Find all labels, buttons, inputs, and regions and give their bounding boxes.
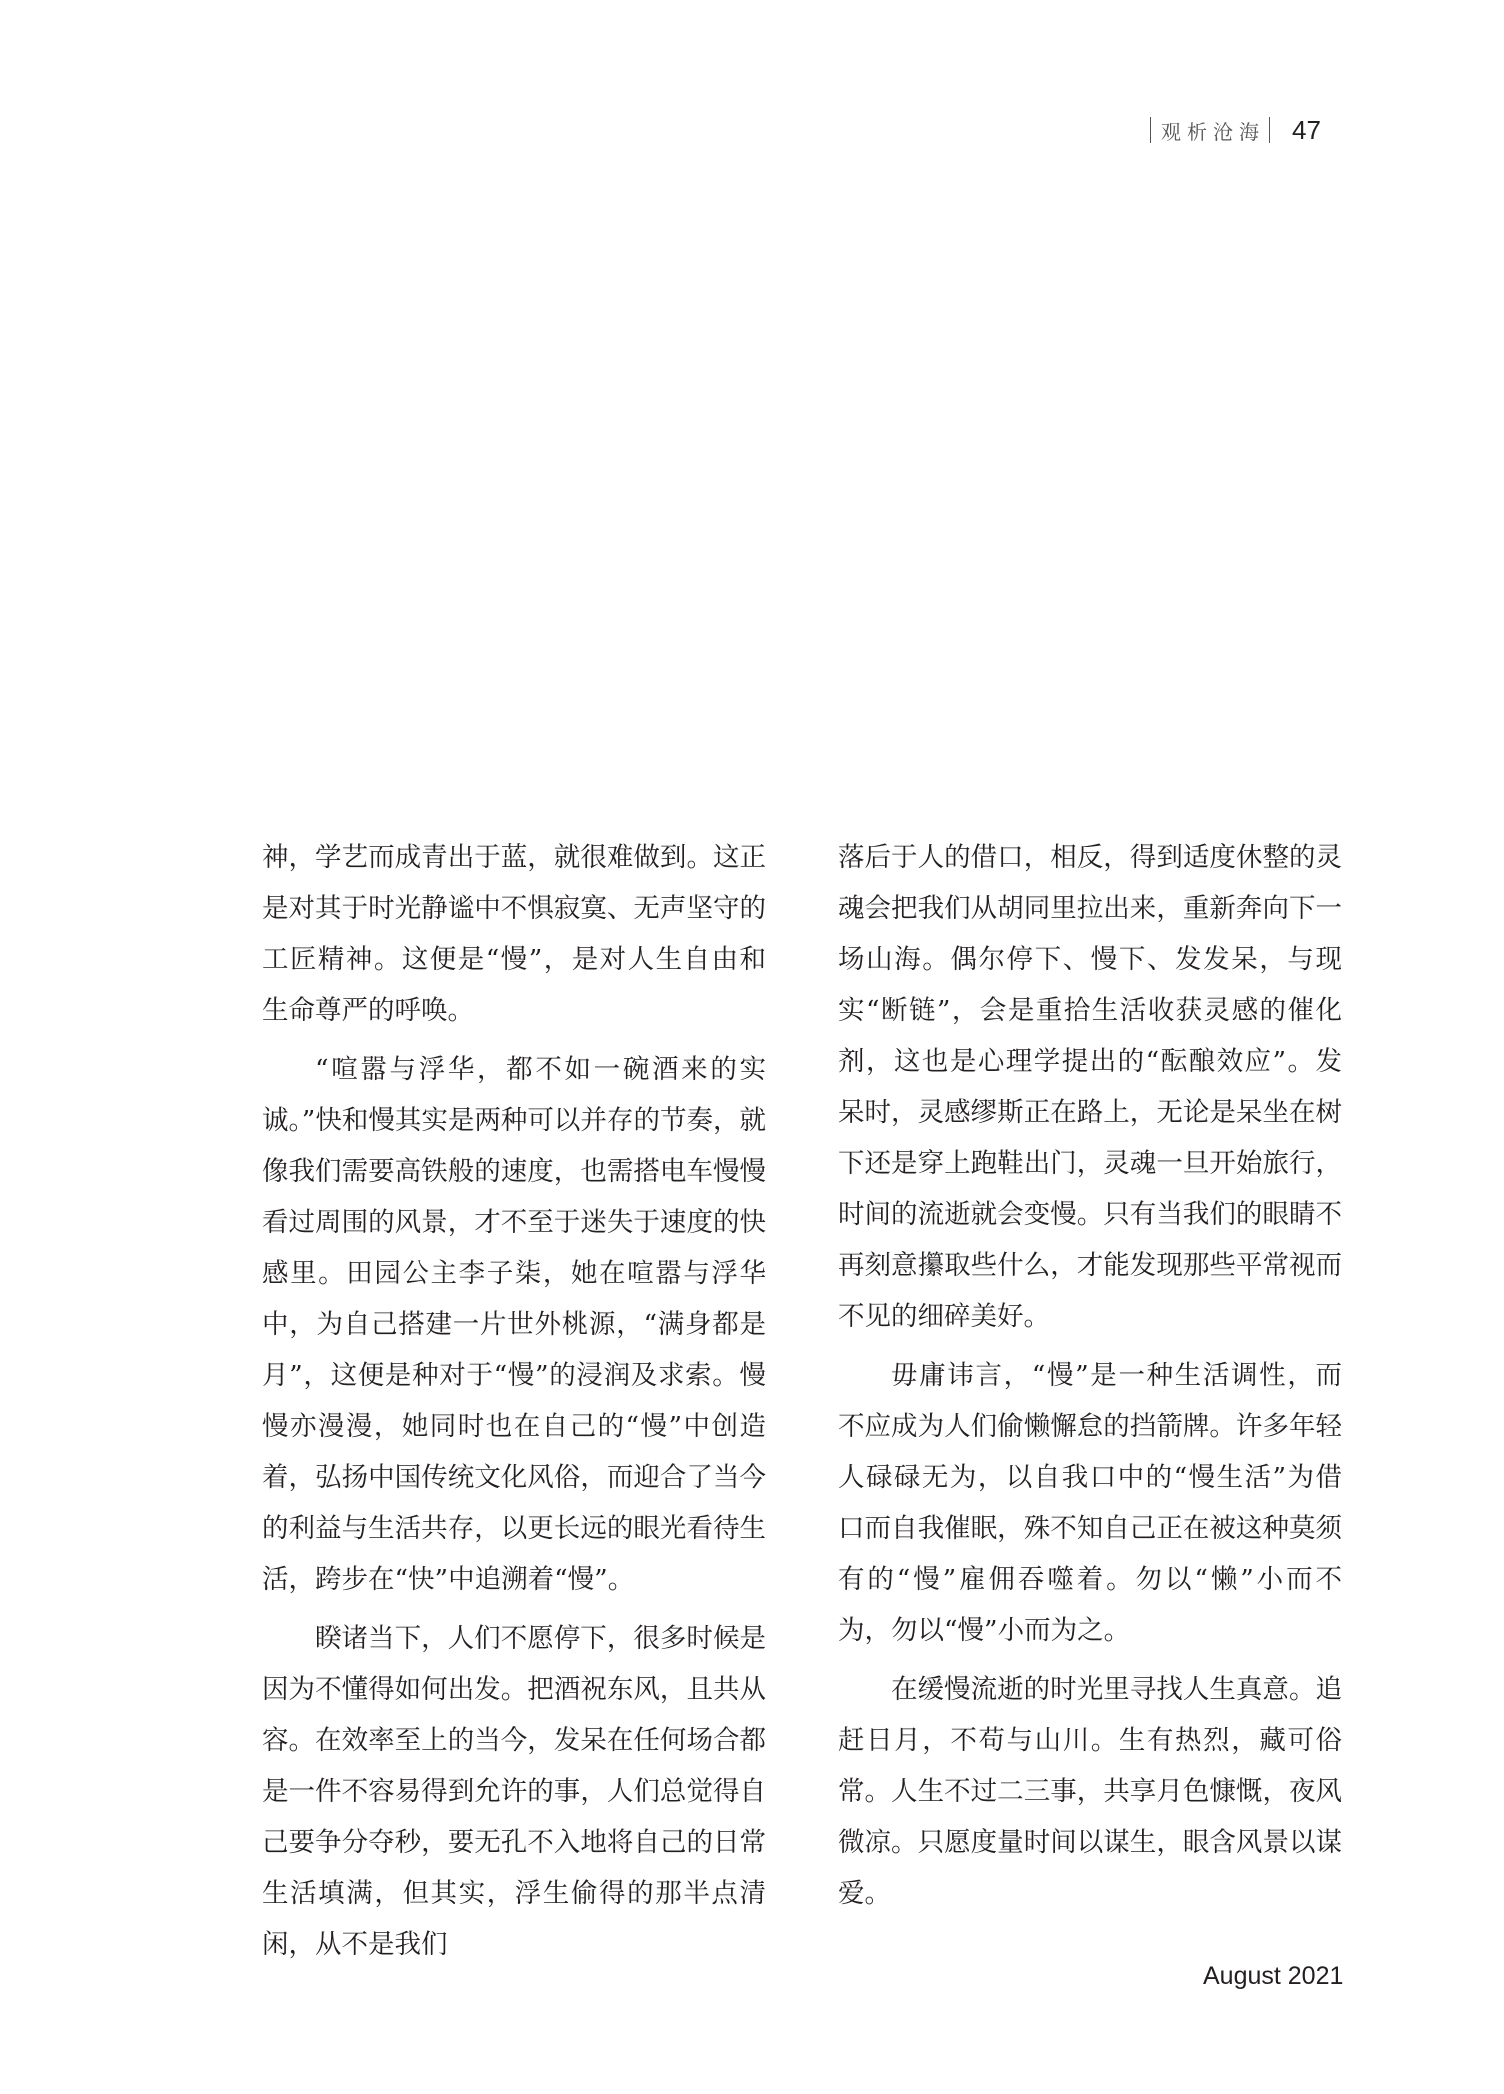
article-column-right: 落后于人的借口，相反，得到适度休整的灵魂会把我们从胡同里拉出来，重新奔向下一场山…	[838, 832, 1342, 1927]
article-column-left: 神，学艺而成青出于蓝，就很难做到。这正是对其于时光静谧中不惧寂寞、无声坚守的工匠…	[262, 832, 766, 1978]
paragraph: 毋庸讳言，“慢”是一种生活调性，而不应成为人们偷懒懈怠的挡箭牌。许多年轻人碌碌无…	[838, 1350, 1342, 1656]
page-number: 47	[1292, 115, 1321, 146]
paragraph: “喧嚣与浮华，都不如一碗酒来的实诚。”快和慢其实是两种可以并存的节奏，就像我们需…	[262, 1044, 766, 1605]
paragraph: 睽诸当下，人们不愿停下，很多时候是因为不懂得如何出发。把酒祝东风，且共从容。在效…	[262, 1613, 766, 1970]
section-title: 观析沧海	[1151, 116, 1269, 145]
issue-date: August 2021	[1203, 1962, 1343, 1991]
paragraph: 落后于人的借口，相反，得到适度休整的灵魂会把我们从胡同里拉出来，重新奔向下一场山…	[838, 832, 1342, 1342]
running-header: 观析沧海 47	[1150, 112, 1321, 148]
paragraph: 在缓慢流逝的时光里寻找人生真意。追赶日月，不苟与山川。生有热烈，藏可俗常。人生不…	[838, 1664, 1342, 1919]
paragraph: 神，学艺而成青出于蓝，就很难做到。这正是对其于时光静谧中不惧寂寞、无声坚守的工匠…	[262, 832, 766, 1036]
header-divider-right	[1269, 117, 1270, 143]
